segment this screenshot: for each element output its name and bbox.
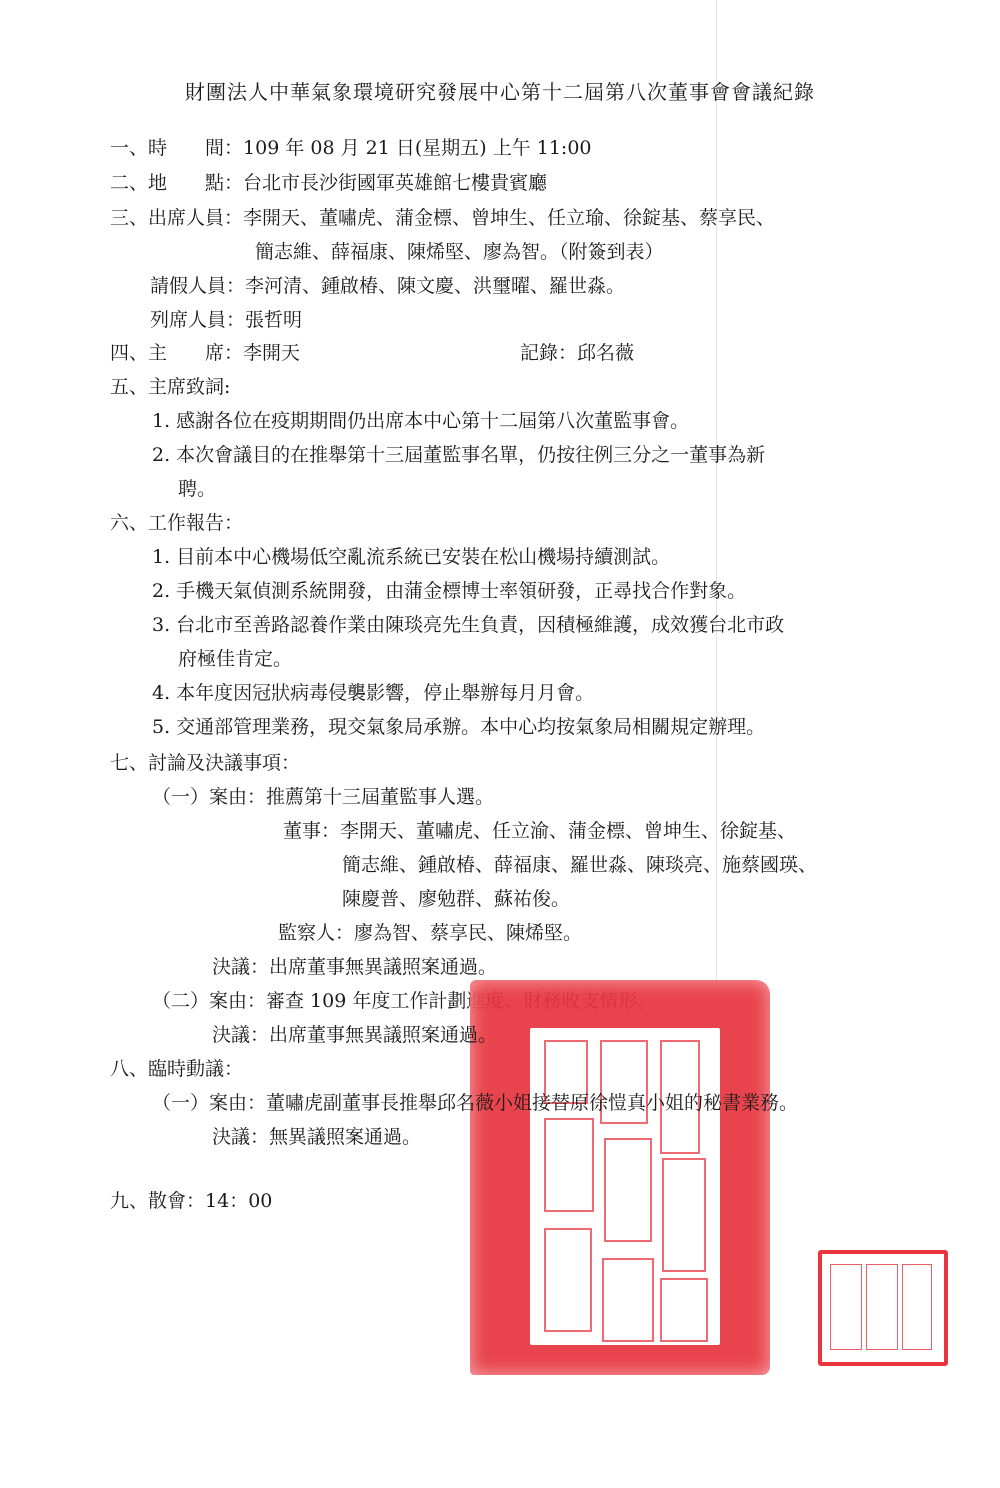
chair: 四、主 席：李開天 — [110, 341, 300, 365]
case-2-resolution: 決議：出席董事無異議照案通過。 — [212, 1023, 497, 1047]
supervisors-label: 監察人： — [278, 922, 354, 944]
resolution-label: 決議： — [212, 1126, 269, 1148]
time-value: 109 年 08 月 21 日(星期五) 上午 11:00 — [243, 137, 591, 159]
case-label: （一）案由： — [152, 786, 266, 808]
resolution-value: 出席董事無異議照案通過。 — [269, 1024, 497, 1046]
observers-label: 列席人員： — [150, 309, 245, 331]
observers: 列席人員：張哲明 — [150, 308, 302, 332]
adjourn-label: 九、散會： — [110, 1190, 205, 1212]
work-report-item: 4. 本年度因冠狀病毒侵襲影響，停止舉辦每月月會。 — [152, 681, 594, 705]
adjourn-value: 14：00 — [205, 1190, 272, 1212]
chair-value: 李開天 — [243, 342, 300, 364]
meeting-place: 二、地 點：台北市長沙街國軍英雄館七樓貴賓廳 — [110, 171, 547, 195]
resolution-value: 無異議照案通過。 — [269, 1126, 421, 1148]
extempore-case-1: （一）案由：董嘯虎副董事長推舉邱名薇小姐接替原徐愷真小姐的秘書業務。 — [152, 1091, 798, 1115]
recorder-value: 邱名薇 — [577, 342, 634, 364]
directors-line3: 陳慶普、廖勉群、蘇祐俊。 — [342, 887, 570, 911]
work-report-item-cont: 府極佳肯定。 — [178, 647, 292, 671]
absent-value: 李河清、鍾啟椿、陳文慶、洪璽曜、羅世淼。 — [245, 275, 625, 297]
attendees-line2: 簡志維、薛福康、陳烯堅、廖為智。（附簽到表） — [255, 240, 664, 264]
absent-members: 請假人員：李河清、鍾啟椿、陳文慶、洪璽曜、羅世淼。 — [150, 274, 625, 298]
directors-line2: 簡志維、鍾啟椿、薛福康、羅世淼、陳琰亮、施蔡國瑛、 — [342, 853, 817, 877]
document-title: 財團法人中華氣象環境研究發展中心第十二屆第八次董事會會議紀錄 — [0, 76, 1000, 105]
resolution-value: 出席董事無異議照案通過。 — [269, 956, 497, 978]
organization-seal-stamp — [470, 980, 770, 1375]
attendees-line1: 李開天、董嘯虎、蒲金標、曾坤生、任立瑜、徐錠基、蔡享民、 — [243, 207, 775, 229]
case-label: （二）案由： — [152, 990, 266, 1012]
case-1-resolution: 決議：出席董事無異議照案通過。 — [212, 955, 497, 979]
resolution-label: 決議： — [212, 1024, 269, 1046]
discussion-heading: 七、討論及決議事項： — [110, 751, 300, 775]
chair-speech-heading: 五、主席致詞: — [110, 375, 230, 399]
work-report-item: 1. 目前本中心機場低空亂流系統已安裝在松山機場持續測試。 — [152, 545, 670, 569]
recorder-label: 記錄： — [520, 342, 577, 364]
adjournment: 九、散會：14：00 — [110, 1189, 272, 1213]
case-value: 推薦第十三屆董監事人選。 — [266, 786, 494, 808]
place-label: 二、地 點： — [110, 172, 243, 194]
work-report-heading: 六、工作報告： — [110, 511, 243, 535]
chair-personal-seal-stamp — [818, 1250, 948, 1366]
case-label: （一）案由： — [152, 1092, 266, 1114]
chair-speech-item-cont: 聘。 — [178, 477, 216, 501]
chair-label: 四、主 席： — [110, 342, 243, 364]
resolution-label: 決議： — [212, 956, 269, 978]
recorder: 記錄：邱名薇 — [520, 341, 634, 365]
discussion-case-1: （一）案由：推薦第十三屆董監事人選。 — [152, 785, 494, 809]
chair-speech-item: 2. 本次會議目的在推舉第十三屆董監事名單，仍按往例三分之一董事為新 — [152, 443, 765, 467]
observers-value: 張哲明 — [245, 309, 302, 331]
attendees-label: 三、出席人員： — [110, 207, 243, 229]
chair-speech-item: 1. 感謝各位在疫期期間仍出席本中心第十二屆第八次董監事會。 — [152, 409, 689, 433]
supervisors-value: 廖為智、蔡享民、陳烯堅。 — [354, 922, 582, 944]
case-value: 董嘯虎副董事長推舉邱名薇小姐接替原徐愷真小姐的秘書業務。 — [266, 1092, 798, 1114]
meeting-time: 一、時 間：109 年 08 月 21 日(星期五) 上午 11:00 — [110, 136, 592, 160]
work-report-item: 5. 交通部管理業務，現交氣象局承辦。本中心均按氣象局相關規定辦理。 — [152, 715, 765, 739]
directors-line1: 李開天、董嘯虎、任立渝、蒲金標、曾坤生、徐錠基、 — [340, 820, 796, 842]
absent-label: 請假人員： — [150, 275, 245, 297]
work-report-item: 3. 台北市至善路認養作業由陳琰亮先生負責，因積極維護，成效獲台北市政 — [152, 613, 784, 637]
directors: 董事：李開天、董嘯虎、任立渝、蒲金標、曾坤生、徐錠基、 — [283, 819, 796, 843]
attendees: 三、出席人員：李開天、董嘯虎、蒲金標、曾坤生、任立瑜、徐錠基、蔡享民、 — [110, 206, 775, 230]
extempore-heading: 八、臨時動議： — [110, 1057, 243, 1081]
seal-inner-field — [530, 1028, 720, 1345]
place-value: 台北市長沙街國軍英雄館七樓貴賓廳 — [243, 172, 547, 194]
directors-label: 董事： — [283, 820, 340, 842]
work-report-item: 2. 手機天氣偵測系統開發，由蒲金標博士率領研發，正尋找合作對象。 — [152, 579, 746, 603]
supervisors: 監察人：廖為智、蔡享民、陳烯堅。 — [278, 921, 582, 945]
time-label: 一、時 間： — [110, 137, 243, 159]
extempore-resolution: 決議：無異議照案通過。 — [212, 1125, 421, 1149]
